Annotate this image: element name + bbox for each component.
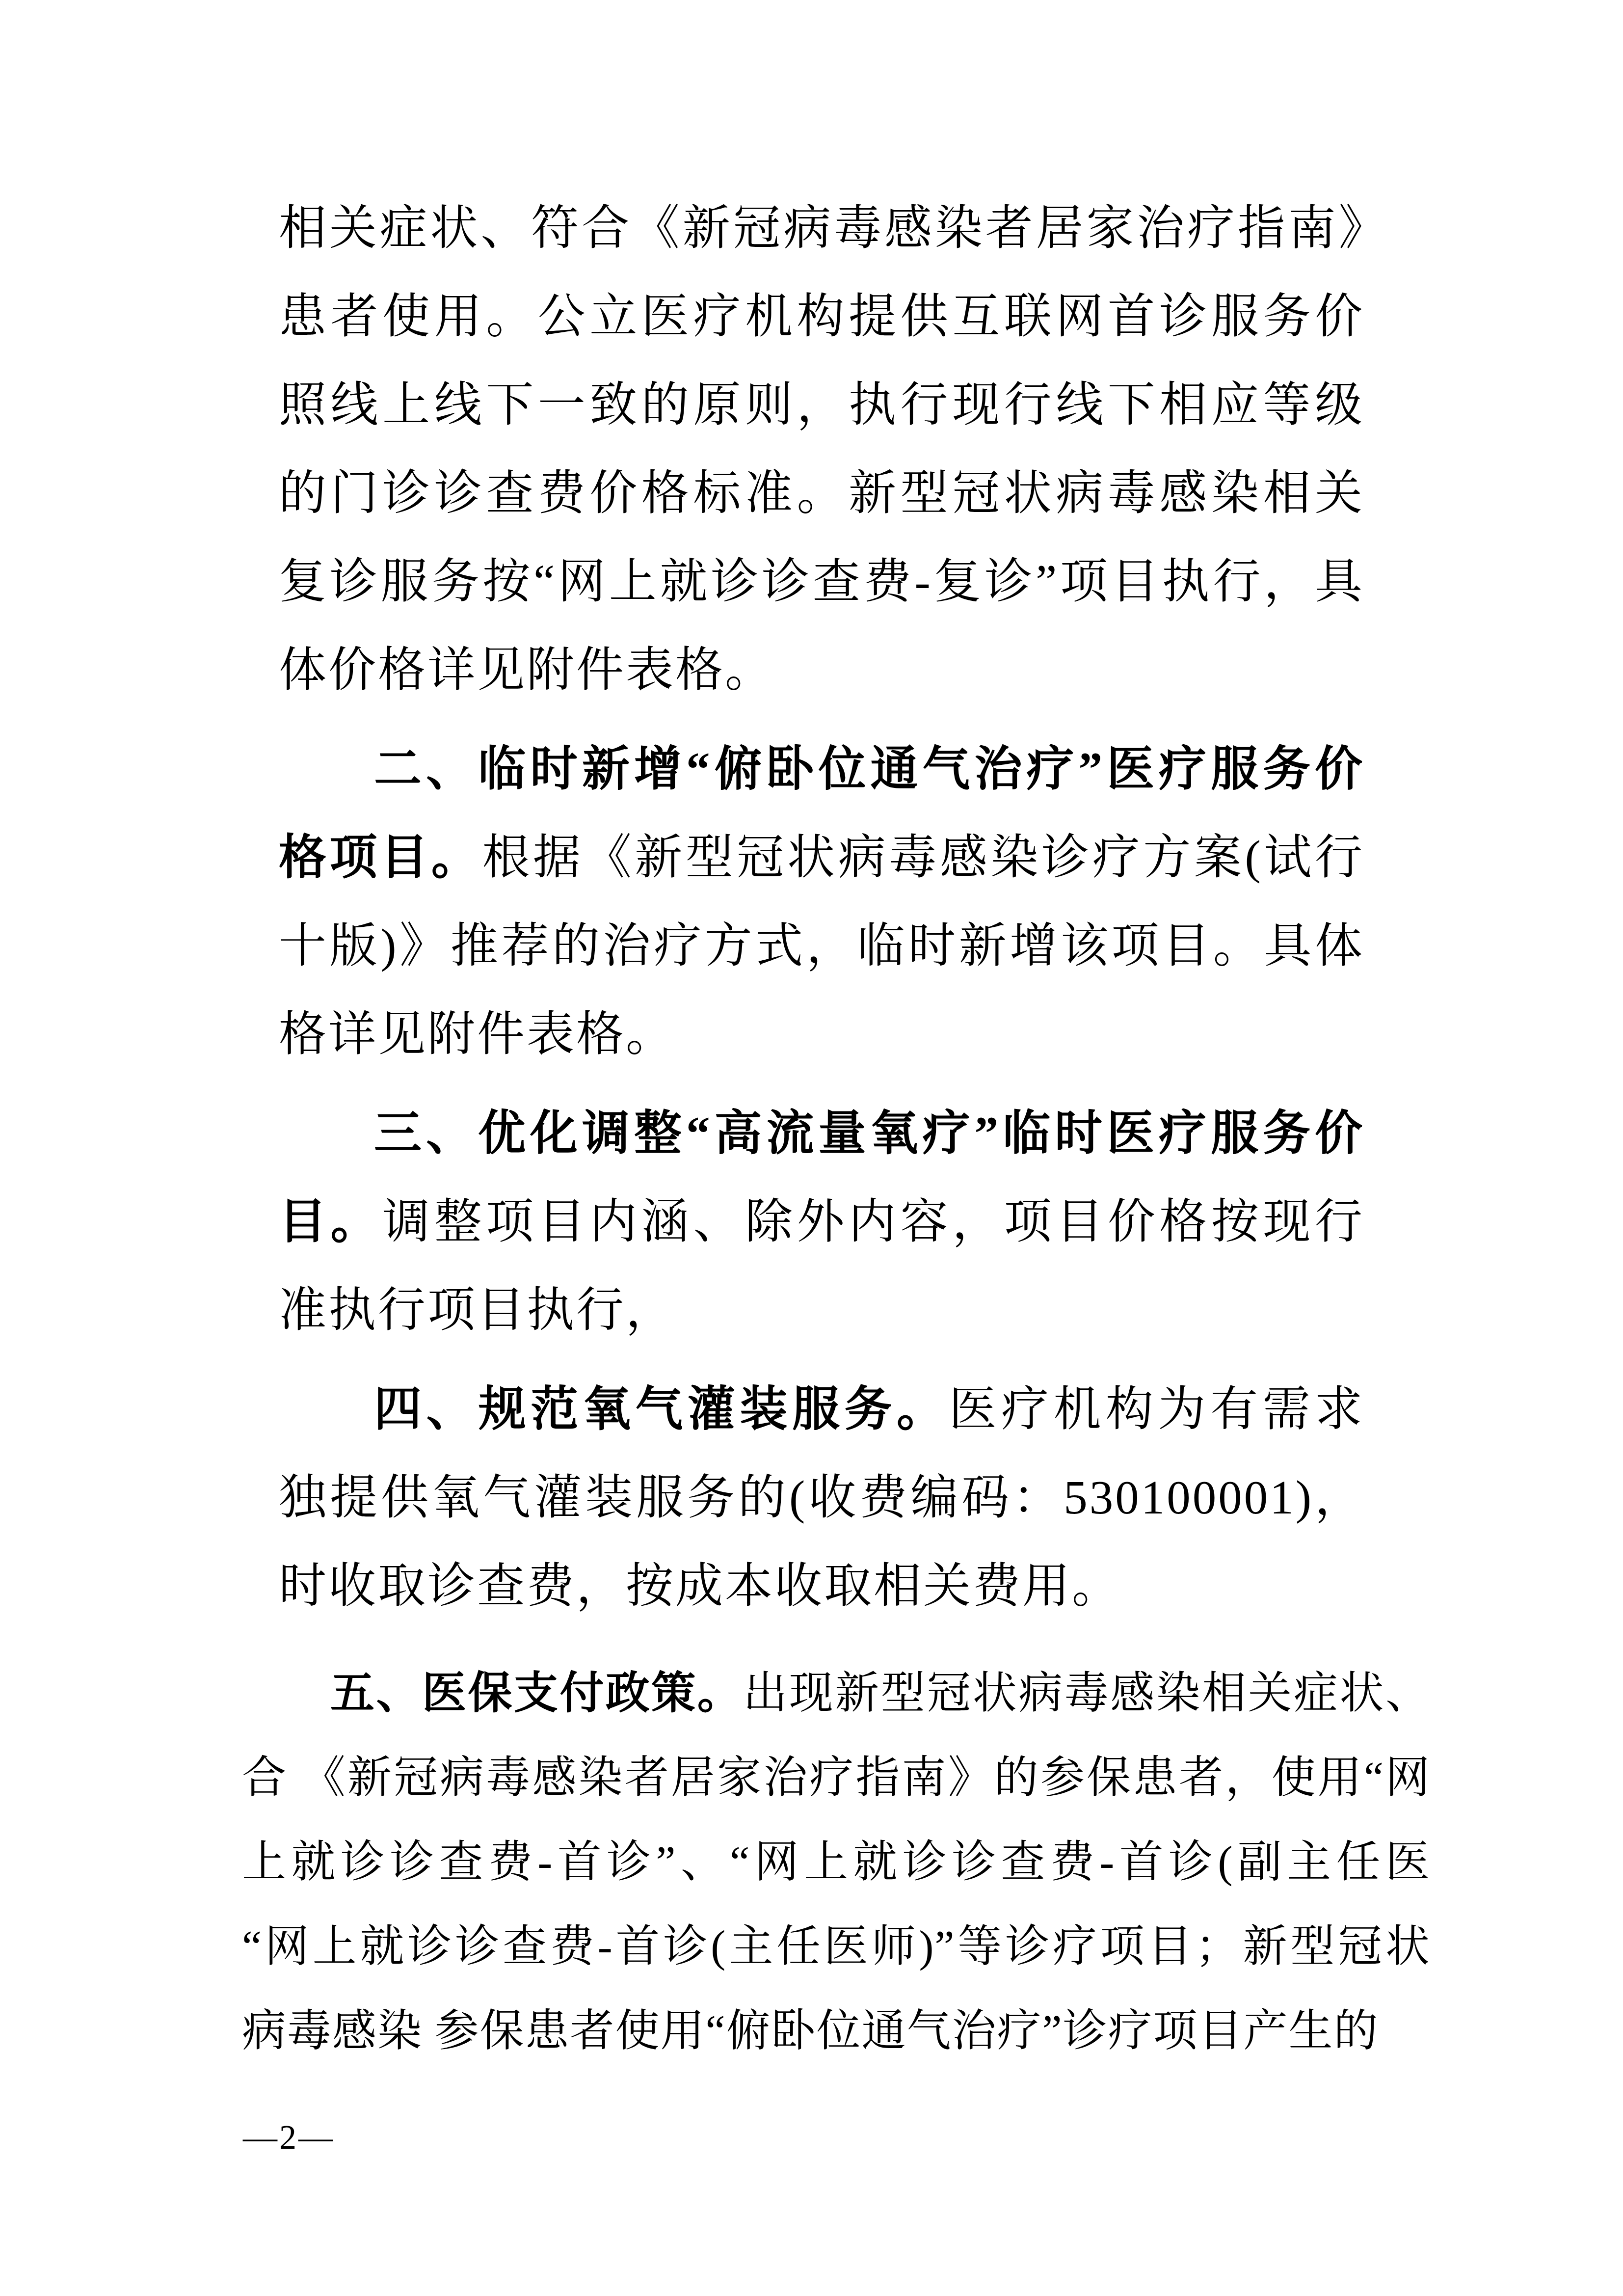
text-line: 复诊服务按“网上就诊诊查费-复诊”项目执行，具	[279, 538, 1364, 626]
section-4-heading-line: 四、规范氧气灌装服务。医疗机构为有需求的居民单	[279, 1365, 1364, 1454]
section-2-heading-line: 二、临时新增“俯卧位通气治疗”医疗服务价	[279, 725, 1364, 813]
text-segment: 复诊服务按“网上就诊诊查费-复诊”项目执行，具	[279, 555, 1364, 608]
paragraph-continuation: 相关症状、符合《新冠病毒感染者居家治疗指南》的 患者使用。公立医疗机构提供互联网…	[279, 184, 1364, 714]
text-line: 照线上线下一致的原则，执行现行线下相应等级医师	[279, 361, 1364, 449]
text-segment: 上就诊诊查费-首诊”、“网上就诊诊查费-首诊(副主任医师)”、	[242, 1838, 1431, 1905]
text-line: 患者使用。公立医疗机构提供互联网首诊服务价格按	[279, 272, 1364, 361]
text-line: 相关症状、符合《新冠病毒感染者居家治疗指南》的	[279, 184, 1364, 272]
text-segment: 调整项目内涵、除外内容，项目价格按现行价格标	[279, 1195, 1364, 1266]
text-segment: 时收取诊查费，按成本收取相关费用。	[279, 1560, 1121, 1612]
text-line: 准执行项目执行，	[279, 1266, 1364, 1354]
paragraph-section-4: 四、规范氧气灌装服务。医疗机构为有需求的居民单 独提供氧气灌装服务的(收费编码：…	[279, 1365, 1364, 1630]
paragraph-section-5: 五、医保支付政策。出现新型冠状病毒感染相关症状、符 合 《新冠病毒感染者居家治疗…	[242, 1651, 1431, 2074]
section-5-heading-line: 五、医保支付政策。出现新型冠状病毒感染相关症状、符	[242, 1651, 1431, 1736]
document-body-upper: 相关症状、符合《新冠病毒感染者居家治疗指南》的 患者使用。公立医疗机构提供互联网…	[279, 184, 1364, 1630]
text-line: 时收取诊查费，按成本收取相关费用。	[279, 1542, 1364, 1630]
paragraph-section-2: 二、临时新增“俯卧位通气治疗”医疗服务价 格项目。根据《新型冠状病毒感染诊疗方案…	[279, 725, 1364, 1079]
text-line: 格详见附件表格。	[279, 990, 1364, 1079]
text-line: 独提供氧气灌装服务的(收费编码：530100001)，不得同	[279, 1454, 1364, 1542]
text-line: 合 《新冠病毒感染者居家治疗指南》的参保患者，使用“网	[242, 1736, 1431, 1820]
text-segment: 相关症状、符合《新冠病毒感染者居家治疗指南》的	[279, 202, 1364, 272]
text-segment: 合 《新冠病毒感染者居家治疗指南》的参保患者，使用“网	[242, 1754, 1431, 1802]
document-body-lower: 五、医保支付政策。出现新型冠状病毒感染相关症状、符 合 《新冠病毒感染者居家治疗…	[242, 1651, 1431, 2074]
section-heading-bold-segment: 三、优化调整“高流量氧疗”临时医疗服务价格项	[279, 1107, 1364, 1178]
text-segment: 病毒感染 参保患者使用“俯卧位通气治疗”诊疗项目产生的	[242, 2007, 1379, 2055]
text-segment: 体价格详见附件表格。	[279, 644, 774, 696]
text-segment: 照线上线下一致的原则，执行现行线下相应等级医师	[279, 378, 1364, 449]
page-number: —2—	[243, 2118, 335, 2158]
section-heading-bold-segment: 二、临时新增“俯卧位通气治疗”医疗服务价	[374, 743, 1364, 795]
section-heading-bold-segment: 目。	[279, 1195, 382, 1248]
text-segment: 十版)》推荐的治疗方式，临时新增该项目。具体价	[279, 919, 1364, 990]
text-line: 病毒感染 参保患者使用“俯卧位通气治疗”诊疗项目产生的	[242, 1989, 1431, 2074]
text-segment: 独提供氧气灌装服务的(收费编码：530100001)，不得同	[279, 1471, 1364, 1542]
text-segment: 准执行项目执行，	[279, 1284, 675, 1336]
text-segment: “网上就诊诊查费-首诊(主任医师)”等诊疗项目；新型冠状	[242, 1922, 1431, 1971]
section-heading-bold-segment: 格项目。	[279, 831, 482, 884]
text-segment: 格详见附件表格。	[279, 1008, 675, 1060]
text-segment: 的门诊诊查费价格标准。新型冠状病毒感染相关症状	[279, 467, 1364, 538]
text-line: 上就诊诊查费-首诊”、“网上就诊诊查费-首诊(副主任医师)”、	[242, 1820, 1431, 1905]
section-heading-bold-segment: 四、规范氧气灌装服务。	[374, 1383, 949, 1435]
text-segment: 患者使用。公立医疗机构提供互联网首诊服务价格按	[279, 290, 1364, 361]
text-line: 十版)》推荐的治疗方式，临时新增该项目。具体价	[279, 902, 1364, 990]
text-line: “网上就诊诊查费-首诊(主任医师)”等诊疗项目；新型冠状	[242, 1905, 1431, 1989]
text-line: 体价格详见附件表格。	[279, 626, 1364, 714]
text-line: 目。调整项目内涵、除外内容，项目价格按现行价格标	[279, 1178, 1364, 1266]
paragraph-section-3: 三、优化调整“高流量氧疗”临时医疗服务价格项 目。调整项目内涵、除外内容，项目价…	[279, 1089, 1364, 1354]
document-page: 相关症状、符合《新冠病毒感染者居家治疗指南》的 患者使用。公立医疗机构提供互联网…	[0, 0, 1623, 2296]
text-line: 的门诊诊查费价格标准。新型冠状病毒感染相关症状	[279, 449, 1364, 538]
text-line: 格项目。根据《新型冠状病毒感染诊疗方案(试行第	[279, 813, 1364, 902]
section-3-heading-line: 三、优化调整“高流量氧疗”临时医疗服务价格项	[279, 1089, 1364, 1178]
section-heading-bold-segment: 五、医保支付政策。	[330, 1669, 743, 1718]
